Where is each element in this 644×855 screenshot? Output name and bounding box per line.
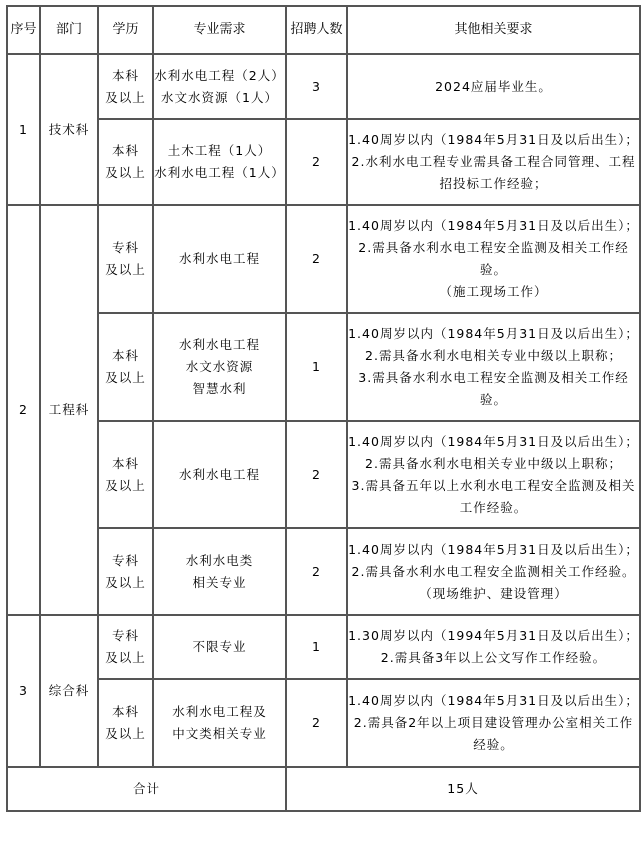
requirements-cell: 1.40周岁以内（1984年5月31日及以后出生）； 2.需具备水利水电相关专业… [347, 313, 640, 421]
table-row: 3 综合科 专科 及以上 不限专业 1 1.30周岁以内（1994年5月31日及… [7, 615, 640, 679]
requirements-cell: 1.40周岁以内（1984年5月31日及以后出生）； 2.水利水电工程专业需具备… [347, 119, 640, 205]
count-cell: 3 [286, 54, 347, 119]
header-row: 序号 部门 学历 专业需求 招聘人数 其他相关要求 [7, 6, 640, 54]
major-cell: 水利水电工程 [153, 421, 286, 528]
header-department: 部门 [40, 6, 98, 54]
table-row: 本科 及以上 水利水电工程 2 1.40周岁以内（1984年5月31日及以后出生… [7, 421, 640, 528]
count-cell: 2 [286, 421, 347, 528]
table-row: 本科 及以上 水利水电工程及 中文类相关专业 2 1.40周岁以内（1984年5… [7, 679, 640, 767]
major-cell: 水利水电工程 [153, 205, 286, 313]
education-cell: 本科 及以上 [98, 54, 153, 119]
education-cell: 本科 及以上 [98, 313, 153, 421]
table-row: 本科 及以上 土木工程（1人） 水利水电工程（1人） 2 1.40周岁以内（19… [7, 119, 640, 205]
requirements-cell: 1.40周岁以内（1984年5月31日及以后出生）； 2.需具备水利水电工程安全… [347, 528, 640, 615]
total-value: 15人 [286, 767, 640, 811]
education-cell: 专科 及以上 [98, 615, 153, 679]
header-requirements: 其他相关要求 [347, 6, 640, 54]
major-cell: 水利水电工程（2人） 水文水资源（1人） [153, 54, 286, 119]
major-cell: 不限专业 [153, 615, 286, 679]
requirements-cell: 1.40周岁以内（1984年5月31日及以后出生）； 2.需具备水利水电相关专业… [347, 421, 640, 528]
count-cell: 2 [286, 679, 347, 767]
count-cell: 1 [286, 615, 347, 679]
table-row: 本科 及以上 水利水电工程 水文水资源 智慧水利 1 1.40周岁以内（1984… [7, 313, 640, 421]
count-cell: 2 [286, 205, 347, 313]
total-label: 合计 [7, 767, 286, 811]
dept-index: 3 [7, 615, 40, 767]
count-cell: 2 [286, 119, 347, 205]
table-row: 专科 及以上 水利水电类 相关专业 2 1.40周岁以内（1984年5月31日及… [7, 528, 640, 615]
dept-name: 工程科 [40, 205, 98, 615]
major-cell: 水利水电工程及 中文类相关专业 [153, 679, 286, 767]
education-cell: 专科 及以上 [98, 528, 153, 615]
major-cell: 水利水电工程 水文水资源 智慧水利 [153, 313, 286, 421]
requirements-cell: 1.40周岁以内（1984年5月31日及以后出生）； 2.需具备水利水电工程安全… [347, 205, 640, 313]
count-cell: 1 [286, 313, 347, 421]
dept-index: 1 [7, 54, 40, 205]
recruitment-table: 序号 部门 学历 专业需求 招聘人数 其他相关要求 1 技术科 本科 及以上 水… [6, 5, 641, 812]
education-cell: 本科 及以上 [98, 119, 153, 205]
education-cell: 本科 及以上 [98, 679, 153, 767]
requirements-cell: 1.30周岁以内（1994年5月31日及以后出生）； 2.需具备3年以上公文写作… [347, 615, 640, 679]
education-cell: 本科 及以上 [98, 421, 153, 528]
requirements-cell: 2024应届毕业生。 [347, 54, 640, 119]
education-cell: 专科 及以上 [98, 205, 153, 313]
requirements-cell: 1.40周岁以内（1984年5月31日及以后出生）； 2.需具备2年以上项目建设… [347, 679, 640, 767]
major-cell: 土木工程（1人） 水利水电工程（1人） [153, 119, 286, 205]
dept-index: 2 [7, 205, 40, 615]
header-index: 序号 [7, 6, 40, 54]
count-cell: 2 [286, 528, 347, 615]
major-cell: 水利水电类 相关专业 [153, 528, 286, 615]
table-row: 1 技术科 本科 及以上 水利水电工程（2人） 水文水资源（1人） 3 2024… [7, 54, 640, 119]
header-count: 招聘人数 [286, 6, 347, 54]
header-major: 专业需求 [153, 6, 286, 54]
total-row: 合计 15人 [7, 767, 640, 811]
dept-name: 综合科 [40, 615, 98, 767]
dept-name: 技术科 [40, 54, 98, 205]
table-row: 2 工程科 专科 及以上 水利水电工程 2 1.40周岁以内（1984年5月31… [7, 205, 640, 313]
header-education: 学历 [98, 6, 153, 54]
